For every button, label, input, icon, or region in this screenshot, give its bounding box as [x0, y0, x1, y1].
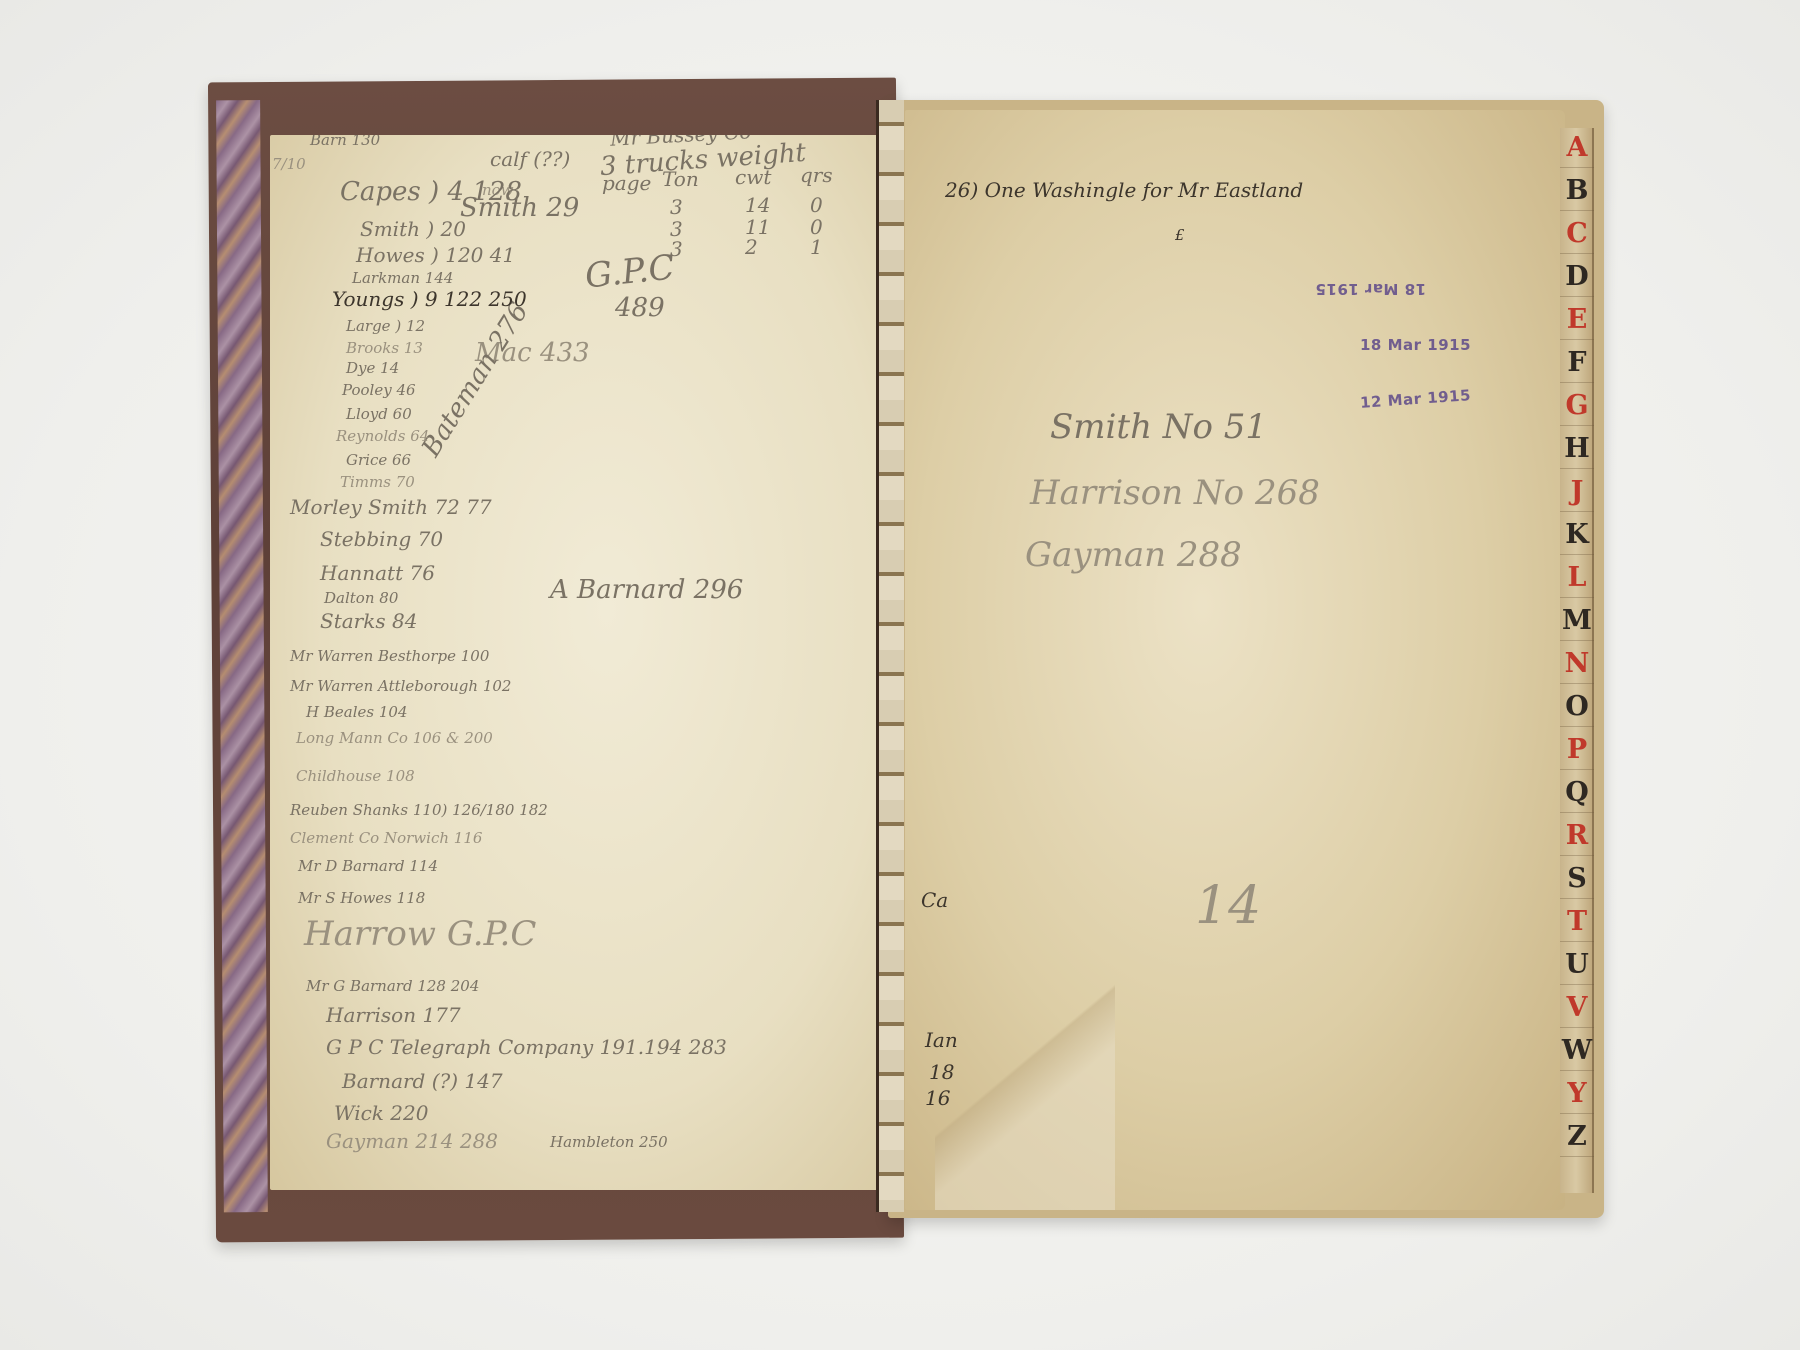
- margin-note: Ian: [925, 1030, 958, 1050]
- col-cwt: cwt: [735, 167, 771, 187]
- list-item: Harrison 177: [326, 1005, 461, 1025]
- index-tab-t[interactable]: T: [1560, 902, 1594, 942]
- calf-note: calf (??): [490, 149, 570, 169]
- list-item: G P C Telegraph Company 191.194 283: [326, 1037, 727, 1057]
- index-tab-d[interactable]: D: [1560, 257, 1594, 297]
- list-item: Hannatt 76: [320, 563, 435, 583]
- index-entry: Gayman 288: [1025, 538, 1242, 572]
- margin-note: 18: [929, 1062, 954, 1082]
- pencil-page-number: 14: [1195, 880, 1261, 932]
- index-tab-l[interactable]: L: [1560, 558, 1594, 598]
- list-item: Timms 70: [340, 475, 415, 490]
- list-item: Mr S Howes 118: [298, 891, 425, 906]
- list-item: Youngs ) 9 122 250: [332, 289, 527, 309]
- weight-qrs: 0: [810, 217, 823, 237]
- list-item: Mr Warren Attleborough 102: [290, 679, 511, 694]
- list-item: Reuben Shanks 110) 126/180 182: [290, 803, 548, 818]
- index-tab-s[interactable]: S: [1560, 859, 1594, 899]
- index-tab-h[interactable]: H: [1560, 429, 1594, 469]
- left-page: 7/10 Barn 130 calf (??) Mr Bussey Co 3 t…: [270, 135, 882, 1190]
- list-item: Larkman 144: [352, 271, 453, 286]
- index-tab-r[interactable]: R: [1560, 816, 1594, 856]
- index-entry: Harrison No 268: [1030, 476, 1320, 510]
- index-tab-y[interactable]: Y: [1560, 1074, 1594, 1114]
- barn-note: Barn 130: [310, 135, 380, 148]
- margin-note: Ca: [921, 890, 948, 910]
- top-left-note: 7/10: [272, 157, 306, 172]
- list-item: Capes ) 4 128: [340, 179, 522, 205]
- index-tab-u[interactable]: U: [1560, 945, 1594, 985]
- index-tab-c[interactable]: C: [1560, 214, 1594, 254]
- barnard-note: A Barnard 296: [550, 577, 743, 603]
- date-stamp: 12 Mar 1915: [1360, 386, 1472, 412]
- index-tab-v[interactable]: V: [1560, 988, 1594, 1028]
- col-ton: Ton: [662, 169, 699, 189]
- bateman-note: Bateman 276: [418, 299, 533, 461]
- list-item: Harrow G.P.C: [304, 917, 536, 951]
- weight-cwt: 14: [745, 195, 770, 215]
- book-spine-stitching: [876, 100, 904, 1212]
- list-item: Dye 14: [346, 361, 399, 376]
- index-tab-z[interactable]: Z: [1560, 1117, 1594, 1157]
- list-item: Brooks 13: [346, 341, 423, 356]
- col-qrs: qrs: [800, 165, 833, 185]
- list-item: Mr D Barnard 114: [298, 859, 438, 874]
- gpc-number: 489: [615, 295, 665, 321]
- index-tab-j[interactable]: J: [1560, 472, 1594, 512]
- index-tab-q[interactable]: Q: [1560, 773, 1594, 813]
- index-tab-w[interactable]: W: [1560, 1031, 1594, 1071]
- margin-note: 16: [925, 1088, 950, 1108]
- list-item: Large ) 12: [346, 319, 425, 334]
- date-stamp-inverted: 18 Mar 1915: [1315, 280, 1426, 298]
- list-item: Mr G Barnard 128 204: [306, 979, 479, 994]
- index-tab-m[interactable]: M: [1560, 601, 1594, 641]
- weight-qrs: 0: [810, 195, 823, 215]
- index-tab-p[interactable]: P: [1560, 730, 1594, 770]
- weight-cwt: 2: [745, 237, 758, 257]
- weight-qrs: 1: [810, 237, 823, 257]
- index-tab-n[interactable]: N: [1560, 644, 1594, 684]
- index-tab-o[interactable]: O: [1560, 687, 1594, 727]
- index-entry: Smith No 51: [1050, 410, 1267, 444]
- eastland-entry: 26) One Washingle for Mr Eastland: [945, 180, 1303, 200]
- index-tab-k[interactable]: K: [1560, 515, 1594, 555]
- index-tab-e[interactable]: E: [1560, 300, 1594, 340]
- weight-ton: 3: [670, 197, 683, 217]
- list-item: Starks 84: [320, 611, 417, 631]
- right-page: 26) One Washingle for Mr Eastland £ 18 M…: [905, 110, 1565, 1210]
- list-item: Wick 220: [334, 1103, 428, 1123]
- list-item: Smith ) 20: [360, 219, 466, 239]
- list-item: H Beales 104: [306, 705, 408, 720]
- list-item: Stebbing 70: [320, 529, 443, 549]
- index-tab-g[interactable]: G: [1560, 386, 1594, 426]
- list-item: Morley Smith 72 77: [290, 497, 492, 517]
- list-item: Long Mann Co 106 & 200: [296, 731, 493, 746]
- list-item: Grice 66: [346, 453, 411, 468]
- index-tab-a[interactable]: A: [1560, 128, 1594, 168]
- date-stamp: 18 Mar 1915: [1360, 336, 1471, 354]
- list-item: Lloyd 60: [346, 407, 412, 422]
- weight-cwt: 11: [745, 217, 770, 237]
- list-item: Mr Warren Besthorpe 100: [290, 649, 489, 664]
- list-item: Dalton 80: [324, 591, 398, 606]
- gpc-monogram: G.P.C: [583, 250, 676, 293]
- list-item: Childhouse 108: [296, 769, 415, 784]
- weight-ton: 3: [670, 219, 683, 239]
- small-mark: £: [1175, 228, 1185, 243]
- list-item: Gayman 214 288: [326, 1131, 498, 1151]
- list-item: Pooley 46: [342, 383, 416, 398]
- alphabet-index-tabs: ABCDEFGHJKLMNOPQRSTUVWYZ: [1560, 128, 1594, 1193]
- list-item: Clement Co Norwich 116: [290, 831, 482, 846]
- list-item: Howes ) 120 41: [356, 245, 515, 265]
- list-item: Hambleton 250: [550, 1135, 668, 1150]
- list-item: Reynolds 64: [336, 429, 429, 444]
- index-tab-f[interactable]: F: [1560, 343, 1594, 383]
- list-item: Barnard (?) 147: [342, 1071, 503, 1091]
- col-page: page: [602, 173, 651, 193]
- index-tab-b[interactable]: B: [1560, 171, 1594, 211]
